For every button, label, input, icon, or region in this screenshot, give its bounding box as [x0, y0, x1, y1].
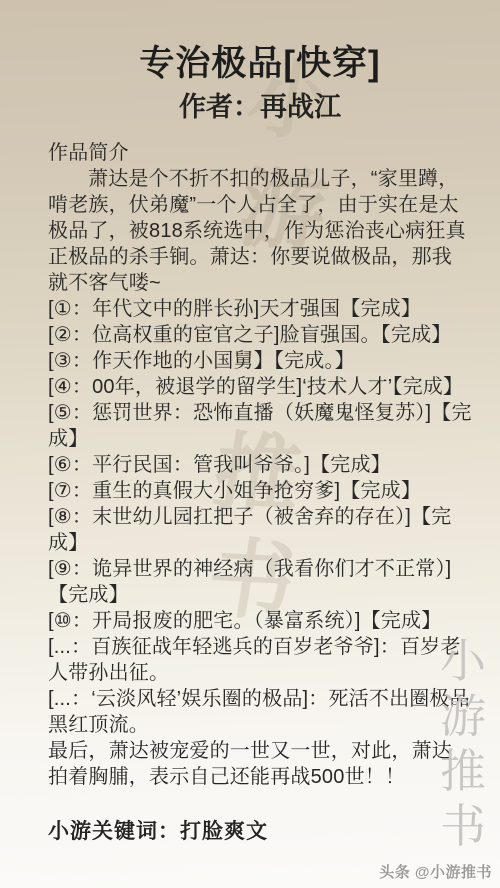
world-item: [③：作天作地的小国舅】【完成。】: [48, 348, 472, 374]
world-item: [⑧：末世幼儿园扛把子（被舍弃的存在）]【完成】: [48, 504, 472, 556]
world-item: [⑥：平行民国：管我叫爷爷。]【完成】: [48, 452, 472, 478]
bottom-credit-watermark: 头条 @小游推书: [379, 861, 492, 882]
book-intro-poster: 小 游 推 书 专治极品[快穿] 作者：再战江 作品简介 萧达是个不折不扣的极品…: [0, 0, 500, 888]
world-item: [⑩：开局报废的肥宅。（暴富系统）]【完成】: [48, 608, 472, 634]
intro-paragraph: 萧达是个不折不扣的极品儿子，“家里蹲，啃老族，伏弟魔”一个人占全了，由于实在是太…: [48, 166, 472, 296]
section-label: 作品简介: [48, 140, 472, 166]
world-item: [⑦：重生的真假大小姐争抢穷爹]【完成】: [48, 478, 472, 504]
world-item: [...：百族征战年轻逃兵的百岁老爷爷]：百岁老人带孙出征。: [48, 634, 472, 686]
world-item: [④：00年，被退学的留学生]‘技术人才’【完成】: [48, 374, 472, 400]
keywords-line: 小游关键词：打脸爽文: [48, 818, 472, 845]
closing-paragraph: 最后，萧达被宠爱的一世又一世，对此，萧达拍着胸脯，表示自己还能再战500世！！: [48, 738, 472, 790]
book-title: 专治极品[快穿]: [68, 42, 452, 86]
world-item: [①：年代文中的胖长孙]天才强国【完成】: [48, 296, 472, 322]
world-item: [⑤：惩罚世界：恐怖直播（妖魔鬼怪复苏）]【完成】: [48, 400, 472, 452]
world-item: [②：位高权重的宦官之子]脸盲强国。【完成】: [48, 322, 472, 348]
world-item: [...：‘云淡风轻’娱乐圈的极品]：死活不出圈极品黑红顶流。: [48, 686, 472, 738]
author-line: 作者：再战江: [48, 90, 472, 124]
world-list: [①：年代文中的胖长孙]天才强国【完成】 [②：位高权重的宦官之子]脸盲强国。【…: [48, 296, 472, 738]
world-item: [⑨：诡异世界的神经病（我看你们才不正常）]【完成】: [48, 556, 472, 608]
poster-content: 专治极品[快穿] 作者：再战江 作品简介 萧达是个不折不扣的极品儿子，“家里蹲，…: [0, 42, 500, 845]
